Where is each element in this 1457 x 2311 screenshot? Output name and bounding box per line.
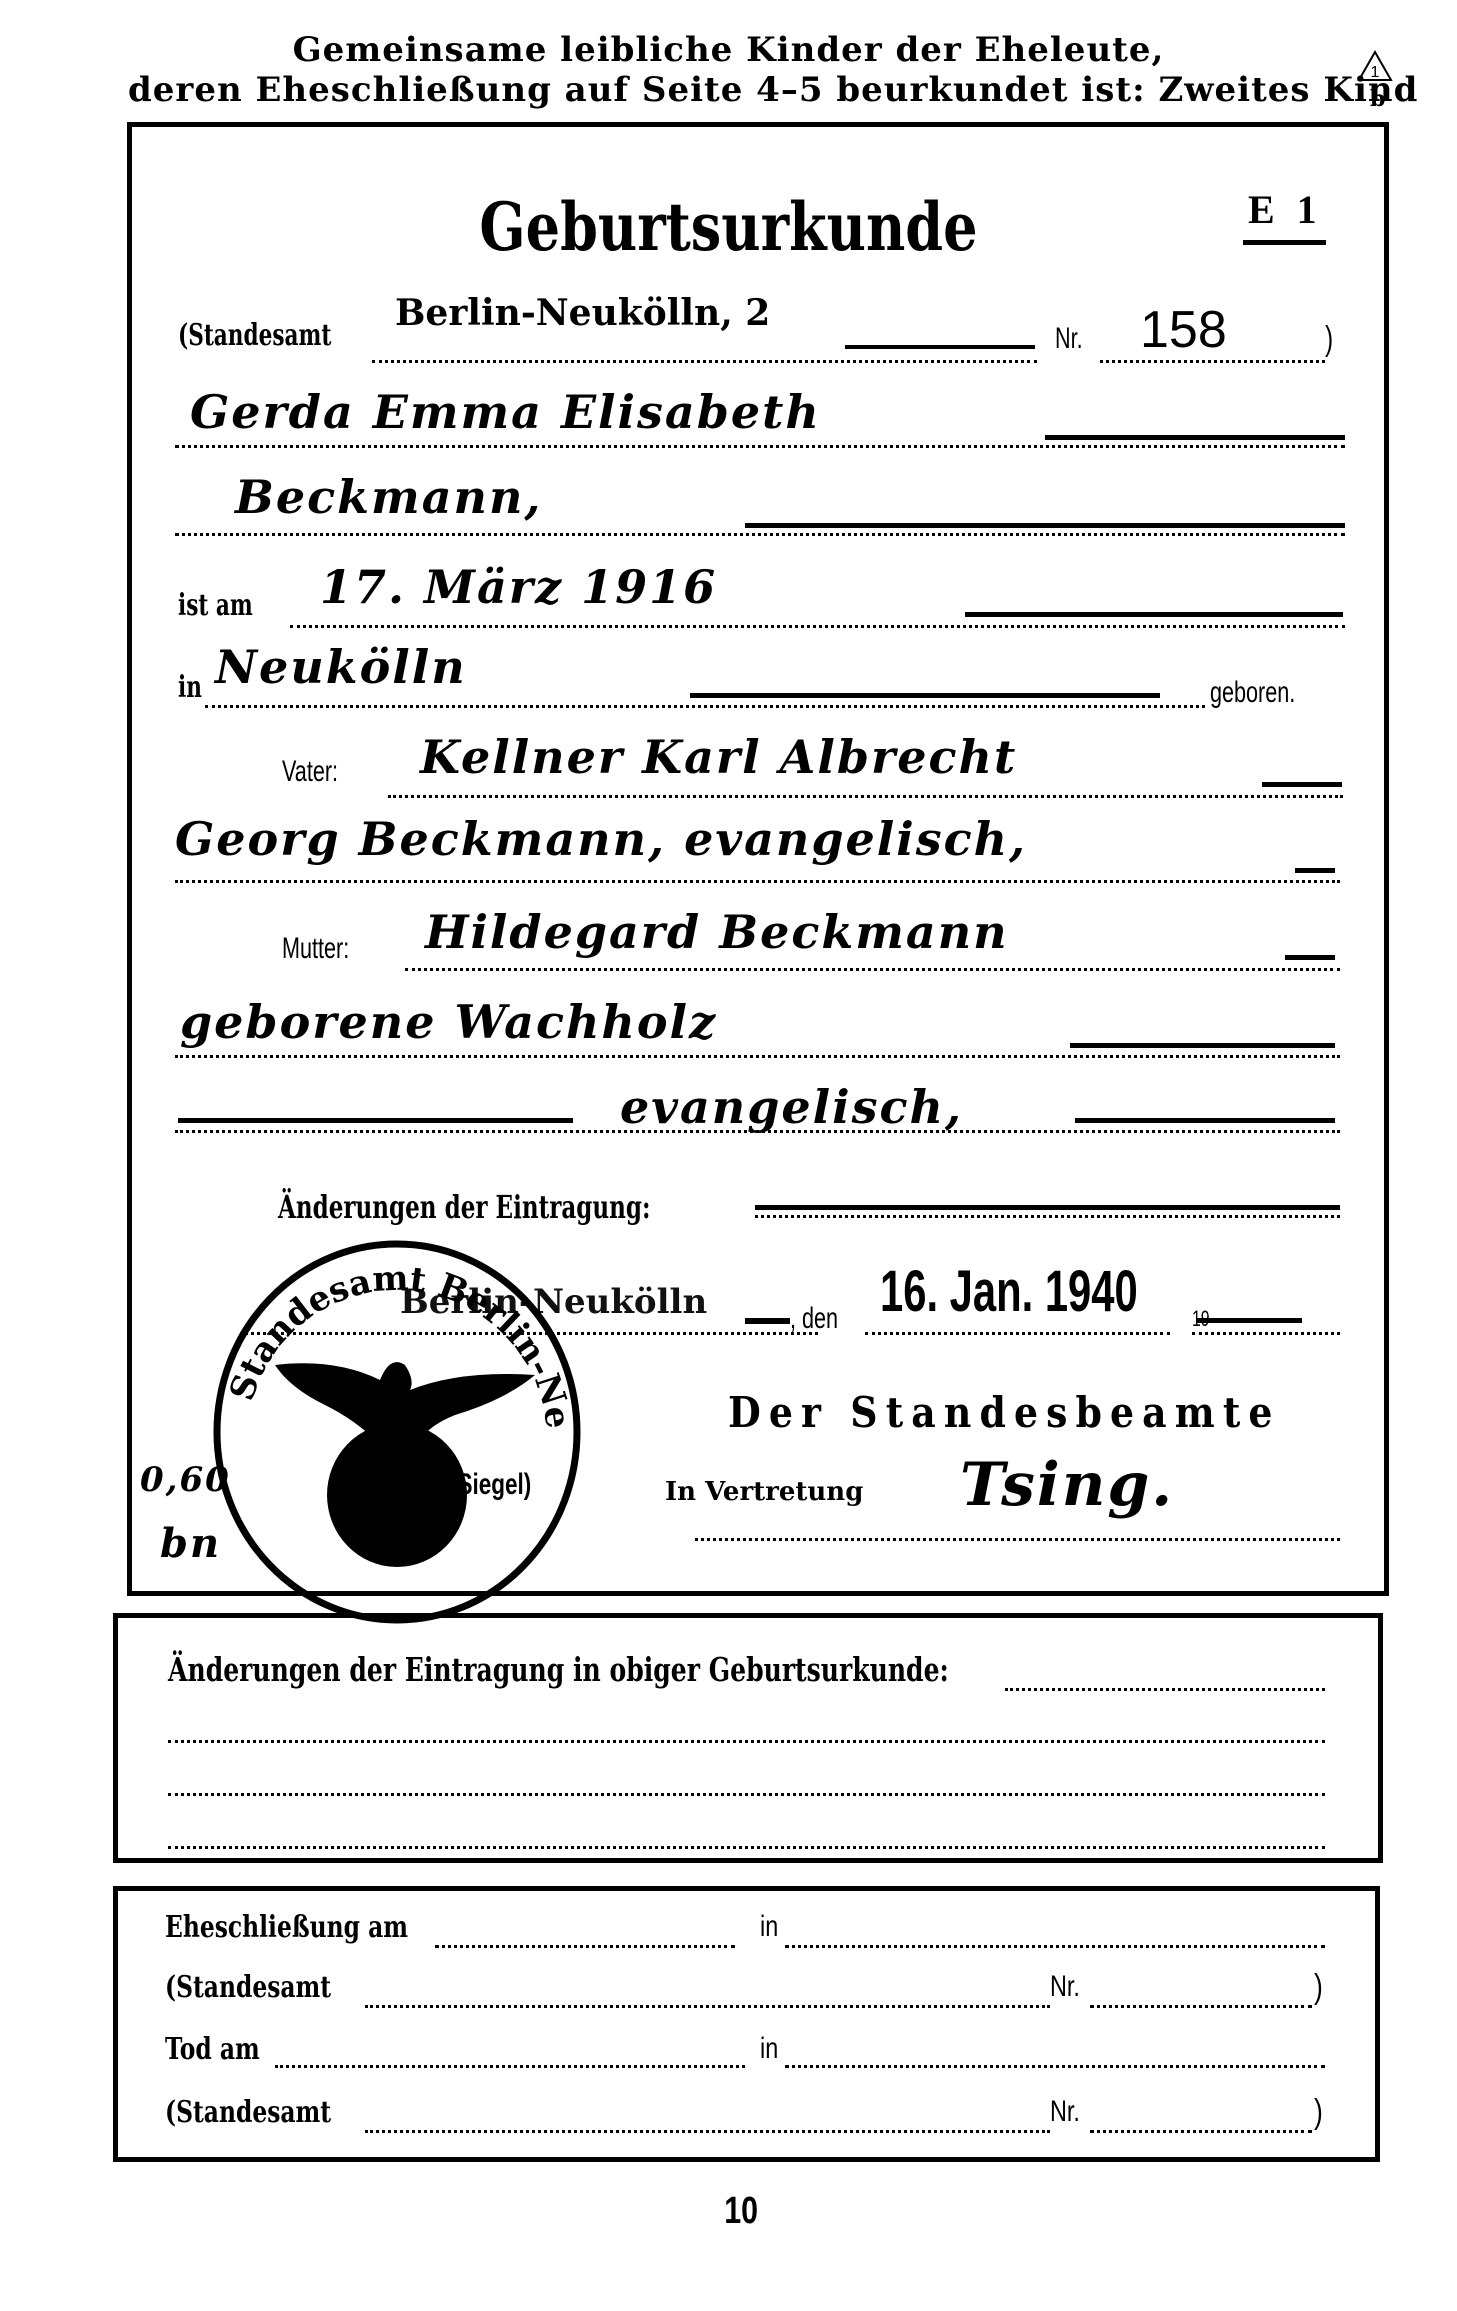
filler-bar <box>690 693 1160 698</box>
filler-bar <box>1285 955 1335 960</box>
registry-line <box>372 360 1037 363</box>
mother-line-1-text: Hildegard Beckmann <box>425 905 1009 959</box>
child-marker-letter: b <box>1370 86 1385 112</box>
marriage-in-label: in <box>760 1910 778 1944</box>
header-line-1: Gemeinsame leibliche Kinder der Eheleute… <box>0 30 1457 70</box>
close-paren: ) <box>1325 320 1333 359</box>
death-registry-field[interactable] <box>365 2130 1050 2133</box>
born-in-label: in <box>178 670 202 705</box>
number-label: Nr. <box>1055 322 1083 356</box>
official-title: Der Standesbeamte <box>728 1388 1281 1437</box>
birth-date: 17. März 1916 <box>320 560 717 614</box>
death-registry-label: (Standesamt <box>165 2095 331 2130</box>
registry-label: (Standesamt <box>178 318 331 353</box>
certificate-title: Geburtsurkunde <box>131 188 1326 266</box>
name-line-1 <box>175 445 1345 448</box>
official-signature: Tsing. <box>960 1450 1174 1520</box>
filler-bar <box>1075 1118 1335 1123</box>
filler-bar <box>1070 1043 1335 1048</box>
birth-place: Neukölln <box>215 640 467 694</box>
marriage-label: Eheschließung am <box>165 1910 408 1945</box>
issue-date: 16. Jan. 1940 <box>880 1258 1138 1325</box>
certificate-number: 158 <box>1140 300 1227 360</box>
changes-box-line-1 <box>168 1740 1325 1743</box>
official-seal-stamp: Standesamt Berlin-Neukölln <box>205 1240 590 1625</box>
filler-bar <box>745 523 1345 528</box>
born-on-label: ist am <box>178 588 253 623</box>
svg-text:1: 1 <box>1371 64 1380 81</box>
changes-box-line-2 <box>168 1793 1325 1796</box>
death-date-field[interactable] <box>275 2065 745 2068</box>
filler-bar <box>178 1118 573 1123</box>
father-line-2 <box>175 880 1340 883</box>
mother-line-2-text: geborene Wachholz <box>180 995 717 1049</box>
filler-bar <box>845 345 1035 349</box>
year-line <box>1192 1332 1340 1335</box>
form-code-underline <box>1243 240 1326 245</box>
margin-initials: bn <box>160 1520 221 1567</box>
signature-line <box>695 1538 1340 1541</box>
marriage-place-field[interactable] <box>785 1945 1325 1948</box>
birth-date-line <box>290 625 1345 628</box>
filler-bar <box>1197 1318 1302 1323</box>
marriage-number-label: Nr. <box>1050 1970 1080 2004</box>
changes-box-line-0 <box>1005 1688 1325 1691</box>
father-line-2-text: Georg Beckmann, evangelisch, <box>175 812 1027 866</box>
father-line-1 <box>388 795 1343 798</box>
close-paren: ) <box>1314 1968 1323 2007</box>
child-name-line-1: Gerda Emma Elisabeth <box>190 385 821 439</box>
marriage-number-field[interactable] <box>1090 2005 1312 2008</box>
father-label: Vater: <box>282 755 338 789</box>
form-code: E 1 <box>1248 186 1323 233</box>
death-in-label: in <box>760 2032 778 2066</box>
close-paren: ) <box>1314 2093 1323 2132</box>
filler-bar <box>1262 782 1342 787</box>
page-number: 10 <box>724 2190 758 2233</box>
filler-bar <box>1295 868 1335 873</box>
seal-label: (Siegel) <box>450 1468 531 1502</box>
birth-place-line <box>205 705 1205 708</box>
changes-box-label: Änderungen der Eintragung in obiger Gebu… <box>168 1650 949 1689</box>
date-line <box>865 1332 1170 1335</box>
deputy-label: In Vertretung <box>665 1477 863 1507</box>
warning-triangle-icon: 1 <box>1357 50 1393 82</box>
name-line-2 <box>175 533 1345 536</box>
filler-bar <box>755 1205 1340 1210</box>
marriage-date-field[interactable] <box>435 1945 735 1948</box>
filler-bar <box>965 612 1343 617</box>
marriage-registry-field[interactable] <box>365 2005 1050 2008</box>
mother-line-1 <box>405 968 1340 971</box>
born-suffix: geboren. <box>1210 676 1295 710</box>
registry-value: Berlin-Neukölln, 2 <box>395 292 770 334</box>
death-number-field[interactable] <box>1090 2130 1312 2133</box>
death-label: Tod am <box>165 2032 260 2067</box>
number-line <box>1100 360 1325 363</box>
death-number-label: Nr. <box>1050 2095 1080 2129</box>
header-line-2: deren Eheschließung auf Seite 4–5 beurku… <box>128 70 1418 110</box>
father-line-1-text: Kellner Karl Albrecht <box>420 730 1017 784</box>
mother-label: Mutter: <box>282 932 349 966</box>
date-label: , den <box>790 1302 838 1336</box>
margin-note: 0,60 <box>140 1460 231 1500</box>
child-name-line-2: Beckmann, <box>235 470 542 524</box>
filler-bar <box>745 1318 790 1324</box>
marriage-registry-label: (Standesamt <box>165 1970 331 2005</box>
changes-label: Änderungen der Eintragung: <box>278 1188 651 1226</box>
death-place-field[interactable] <box>785 2065 1325 2068</box>
mother-line-3 <box>175 1130 1340 1133</box>
changes-line <box>755 1215 1340 1218</box>
changes-box-line-3 <box>168 1846 1325 1849</box>
mother-line-3-text: evangelisch, <box>620 1080 963 1134</box>
mother-line-2 <box>175 1055 1340 1058</box>
filler-bar <box>1045 435 1345 440</box>
